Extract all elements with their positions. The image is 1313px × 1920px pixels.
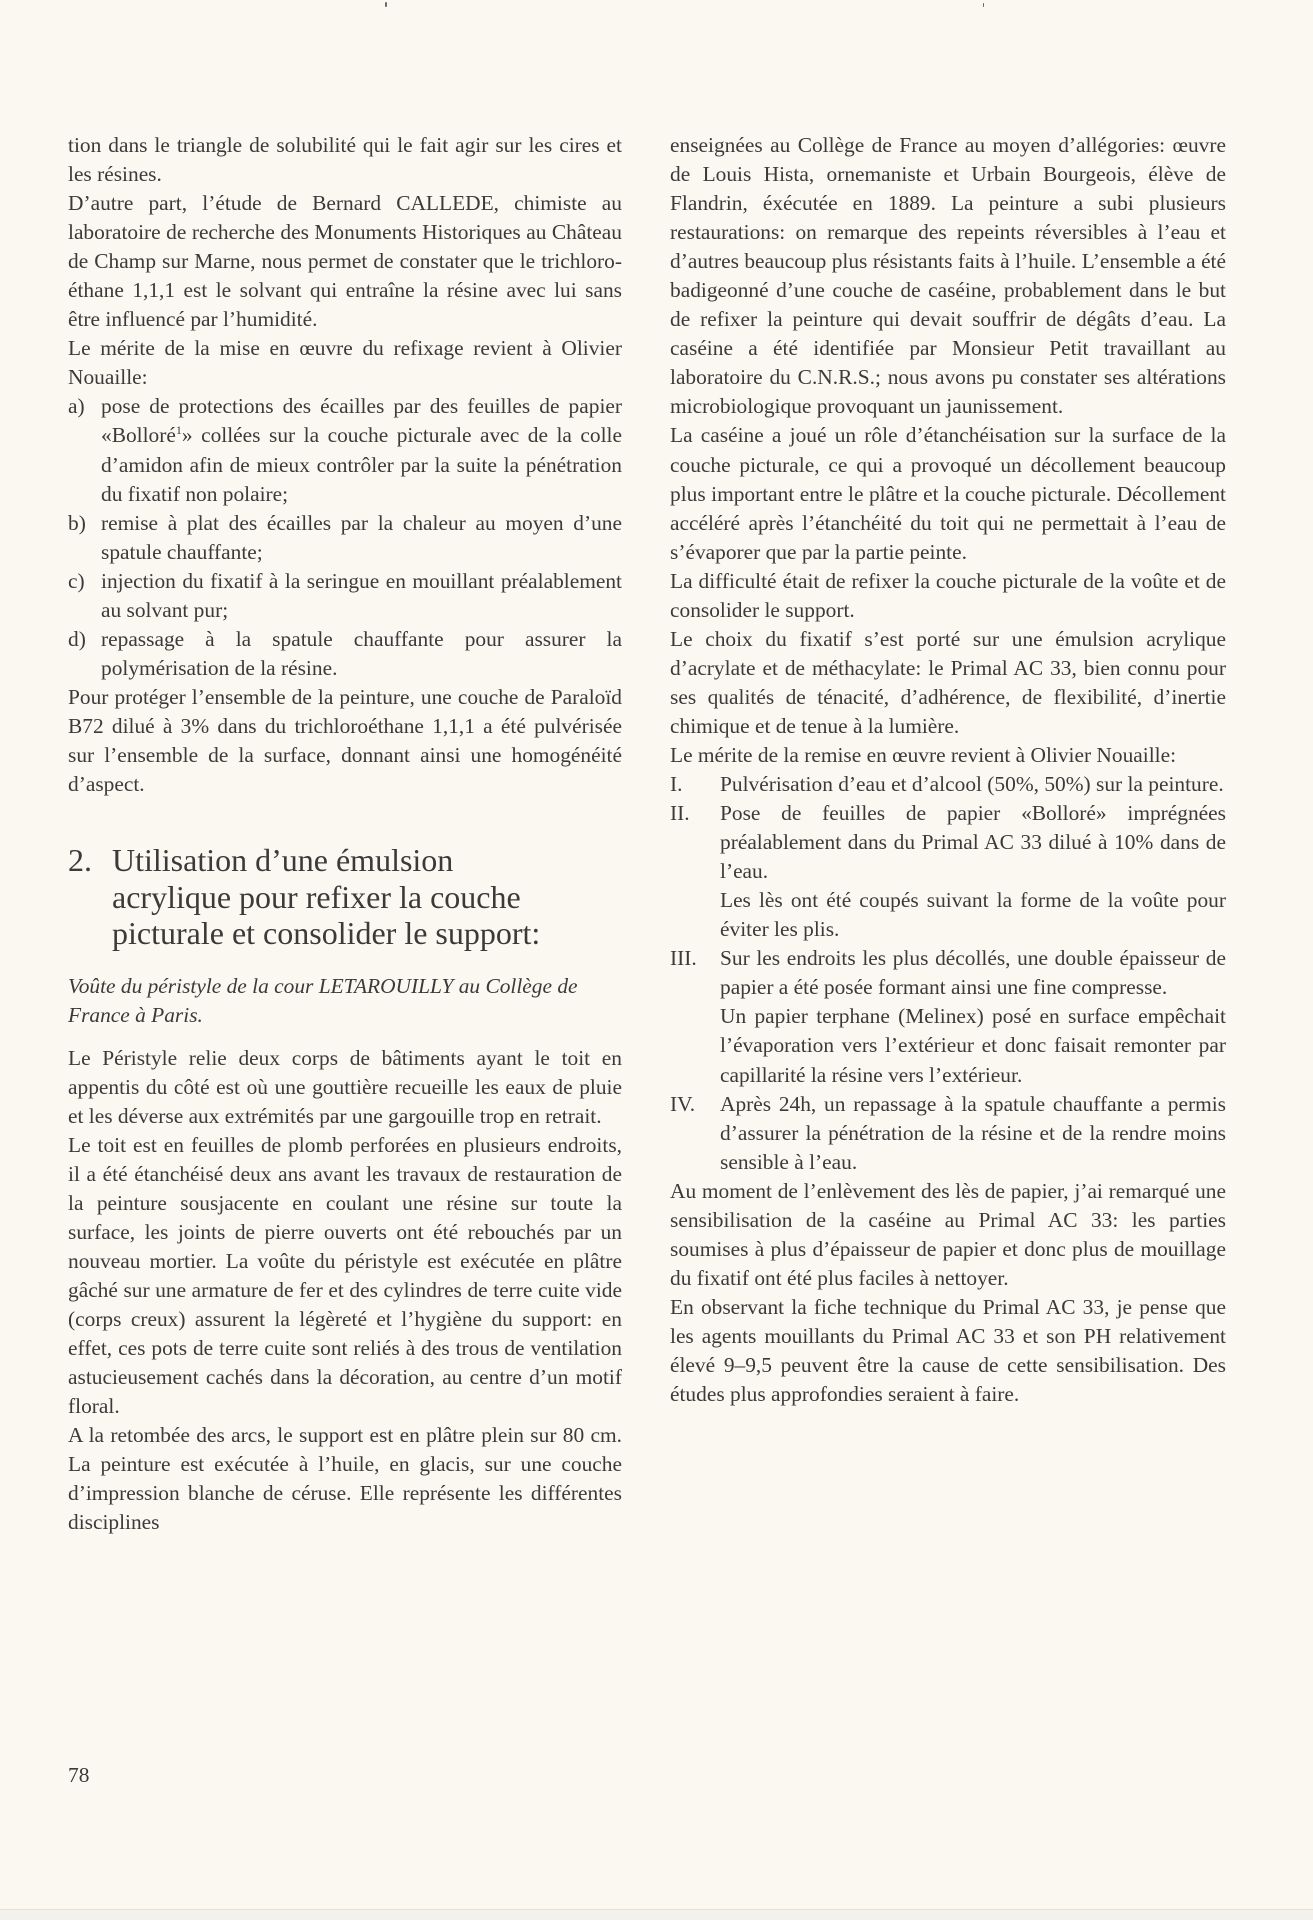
section-title: Utilisation d’une émulsion acrylique pou… [112,842,622,952]
paragraph: La difficulté était de refixer la couche… [670,567,1226,625]
list-text: Sur les endroits les plus décollés, une … [720,944,1226,1002]
paragraph: En observant la fiche technique du Prima… [670,1293,1226,1409]
step-iv: IV. Après 24h, un repassage à la spatule… [670,1090,1226,1177]
paragraph: enseignées au Collège de France au moyen… [670,131,1226,421]
list-marker: b) [68,509,101,567]
list-marker: IV. [670,1090,720,1177]
paragraph: Le toit est en feuilles de plomb perforé… [68,1131,622,1421]
section-number: 2. [68,842,112,952]
step-d: d) repassage à la spatule chauffante pou… [68,625,622,683]
list-text: remise à plat des écailles par la chaleu… [101,509,622,567]
scan-speck [385,2,387,7]
step-c: c) injection du fixatif à la seringue en… [68,567,622,625]
list-text: injection du fixatif à la seringue en mo… [101,567,622,625]
left-column: tion dans le triangle de solubilité qui … [68,131,622,1537]
list-text: Pulvérisation d’eau et d’alcool (50%, 50… [720,770,1226,799]
step-a: a) pose de protections des écailles par … [68,392,622,508]
step-b: b) remise à plat des écailles par la cha… [68,509,622,567]
paragraph: A la retombée des arcs, le support est e… [68,1421,622,1537]
list-continuation: Un papier terphane (Melinex) posé en sur… [670,1002,1226,1089]
scan-speck [983,3,984,7]
list-marker: III. [670,944,720,1002]
list-continuation: Les lès ont été coupés suivant la forme … [670,886,1226,944]
list-marker: c) [68,567,101,625]
step-ii: II. Pose de feuilles de papier «Bolloré»… [670,799,1226,886]
paragraph: Le mérite de la mise en œuvre du refixag… [68,334,622,392]
list-marker: d) [68,625,101,683]
paragraph: D’autre part, l’étude de Bernard CALLEDE… [68,189,622,334]
paragraph: tion dans le triangle de solubilité qui … [68,131,622,189]
right-column: enseignées au Collège de France au moyen… [670,131,1226,1409]
step-iii: III. Sur les endroits les plus décollés,… [670,944,1226,1002]
list-text: repassage à la spatule chauffante pour a… [101,625,622,683]
list-text: Pose de feuilles de papier «Bolloré» imp… [720,799,1226,886]
page-bottom-edge [0,1909,1313,1920]
paragraph: Au moment de l’enlèvement des lès de pap… [670,1177,1226,1293]
list-marker: I. [670,770,720,799]
paragraph: Le mérite de la remise en œuvre revient … [670,741,1226,770]
list-marker: a) [68,392,101,508]
page-number: 78 [68,1763,89,1788]
section-subtitle: Voûte du péristyle de la cour LETAROUILL… [68,972,622,1030]
section-heading: 2. Utilisation d’une émulsion acrylique … [68,842,622,952]
paragraph: Le choix du fixatif s’est porté sur une … [670,625,1226,741]
list-text: pose de protections des écailles par des… [101,392,622,508]
paragraph: Le Péristyle relie deux corps de bâtimen… [68,1044,622,1131]
paragraph: Pour protéger l’ensemble de la peinture,… [68,683,622,799]
step-i: I. Pulvérisation d’eau et d’alcool (50%,… [670,770,1226,799]
paragraph: La caséine a joué un rôle d’étanchéisati… [670,421,1226,566]
list-text: Après 24h, un repassage à la spatule cha… [720,1090,1226,1177]
list-marker: II. [670,799,720,886]
